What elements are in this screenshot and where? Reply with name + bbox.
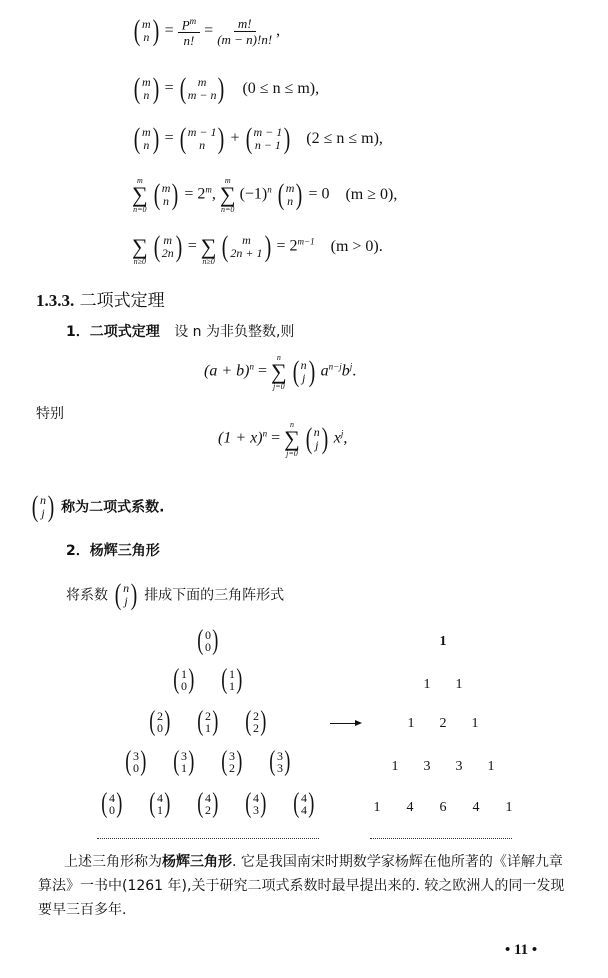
triangle-binomial: (40) [100,790,125,818]
summation-symbol: n∑j=0 [271,353,287,391]
binomial-coefficient: (m2n + 1) [220,232,272,262]
triangle-binomial: (11) [220,666,245,694]
arrange-sentence: 将系数 (nj) 排成下面的三角阵形式 [66,580,284,610]
triangle-value: 1 [456,677,463,693]
triangle-binomial: (44) [292,790,317,818]
summation-symbol: ∑n≥0 [201,228,217,266]
triangle-value: 1 [506,800,513,816]
binomial-coefficient: (nj) [304,424,330,454]
binomial-coefficient: (m − 1n − 1) [244,124,293,154]
triangle-value: 6 [440,800,447,816]
triangle-continuation-dots [97,838,319,839]
formula-sum-identities: m∑n=0 (mn) = 2m, m∑n=0 (−1)n (mn) = 0 (m… [132,176,397,214]
section-heading: 1.3.3. 二项式定理 [36,286,165,311]
triangle-value: 3 [424,759,431,775]
special-case-label: 特别 [36,403,64,423]
triangle-value: 1 [488,759,495,775]
binomial-coefficient: (mn) [132,74,161,104]
triangle-binomial: (21) [196,708,221,736]
item-binomial-theorem: 1．二项式定理 设 n 为非负整数,则 [66,321,294,341]
formula-symmetry: (mn) = (mm − n) (0 ≤ n ≤ m), [132,74,319,104]
binomial-coefficient: (nj) [113,580,139,610]
triangle-value: 2 [440,716,447,732]
permutation-fraction: Pmn! [178,14,200,48]
page-number: • 11 • [505,942,537,959]
triangle-value: 4 [473,800,480,816]
triangle-binomial: (00) [196,627,221,655]
triangle-binomial: (41) [148,790,173,818]
triangle-binomial: (10) [172,666,197,694]
triangle-value: 1 [392,759,399,775]
equation-binomial-theorem: (a + b)n = n∑j=0 (nj) an−jbj. [204,353,356,391]
triangle-binomial: (31) [172,748,197,776]
summation-symbol: ∑n≥0 [132,228,148,266]
binomial-coefficient: (m − 1n) [178,124,227,154]
binomial-coefficient: (mn) [132,124,161,154]
triangle-binomial: (42) [196,790,221,818]
triangle-value: 1 [424,677,431,693]
triangle-binomial: (32) [220,748,245,776]
summation-symbol: n∑j=0 [284,420,300,458]
triangle-value: 3 [456,759,463,775]
formula-pascal-rule: (mn) = (m − 1n) + (m − 1n − 1) (2 ≤ n ≤ … [132,124,383,154]
formula-binomial-definition: (mn) = Pmn! = m!(m − n)!n! , [132,14,280,48]
values-continuation-dots [370,838,512,839]
factorial-fraction: m!(m − n)!n! [217,16,272,47]
summation-symbol: m∑n=0 [220,176,236,214]
binomial-coefficient: (nj) [291,357,317,387]
triangle-binomial: (20) [148,708,173,736]
triangle-binomial: (33) [268,748,293,776]
binomial-coefficient: (m2n) [152,232,184,262]
triangle-value: 1 [408,716,415,732]
binomial-coefficient: (mn) [152,180,181,210]
binomial-coefficient: (mn) [276,180,305,210]
triangle-value: 1 [374,800,381,816]
formula-even-odd-sums: ∑n≥0 (m2n) = ∑n≥0 (m2n + 1) = 2m−1 (m > … [132,228,383,266]
binomial-coefficient: (mn) [132,16,161,46]
triangle-value: 4 [407,800,414,816]
triangle-binomial: (43) [244,790,269,818]
triangle-value: 1 [472,716,479,732]
binomial-coefficient-definition: (nj) 称为二项式系数. [30,492,164,522]
triangle-binomial: (22) [244,708,269,736]
binomial-coefficient: (mm − n) [178,74,227,104]
yang-hui-paragraph: 上述三角形称为杨辉三角形. 它是我国南宋时期数学家杨辉在他所著的《详解九章算法》… [38,850,573,922]
binomial-coefficient: (nj) [30,492,56,522]
equation-special-case: (1 + x)n = n∑j=0 (nj) xj, [218,420,347,458]
summation-symbol: m∑n=0 [132,176,148,214]
triangle-value: 1 [440,634,447,650]
triangle-binomial: (30) [124,748,149,776]
arrow-right-icon [330,723,360,724]
item-yang-hui-triangle: 2．杨辉三角形 [66,540,160,560]
